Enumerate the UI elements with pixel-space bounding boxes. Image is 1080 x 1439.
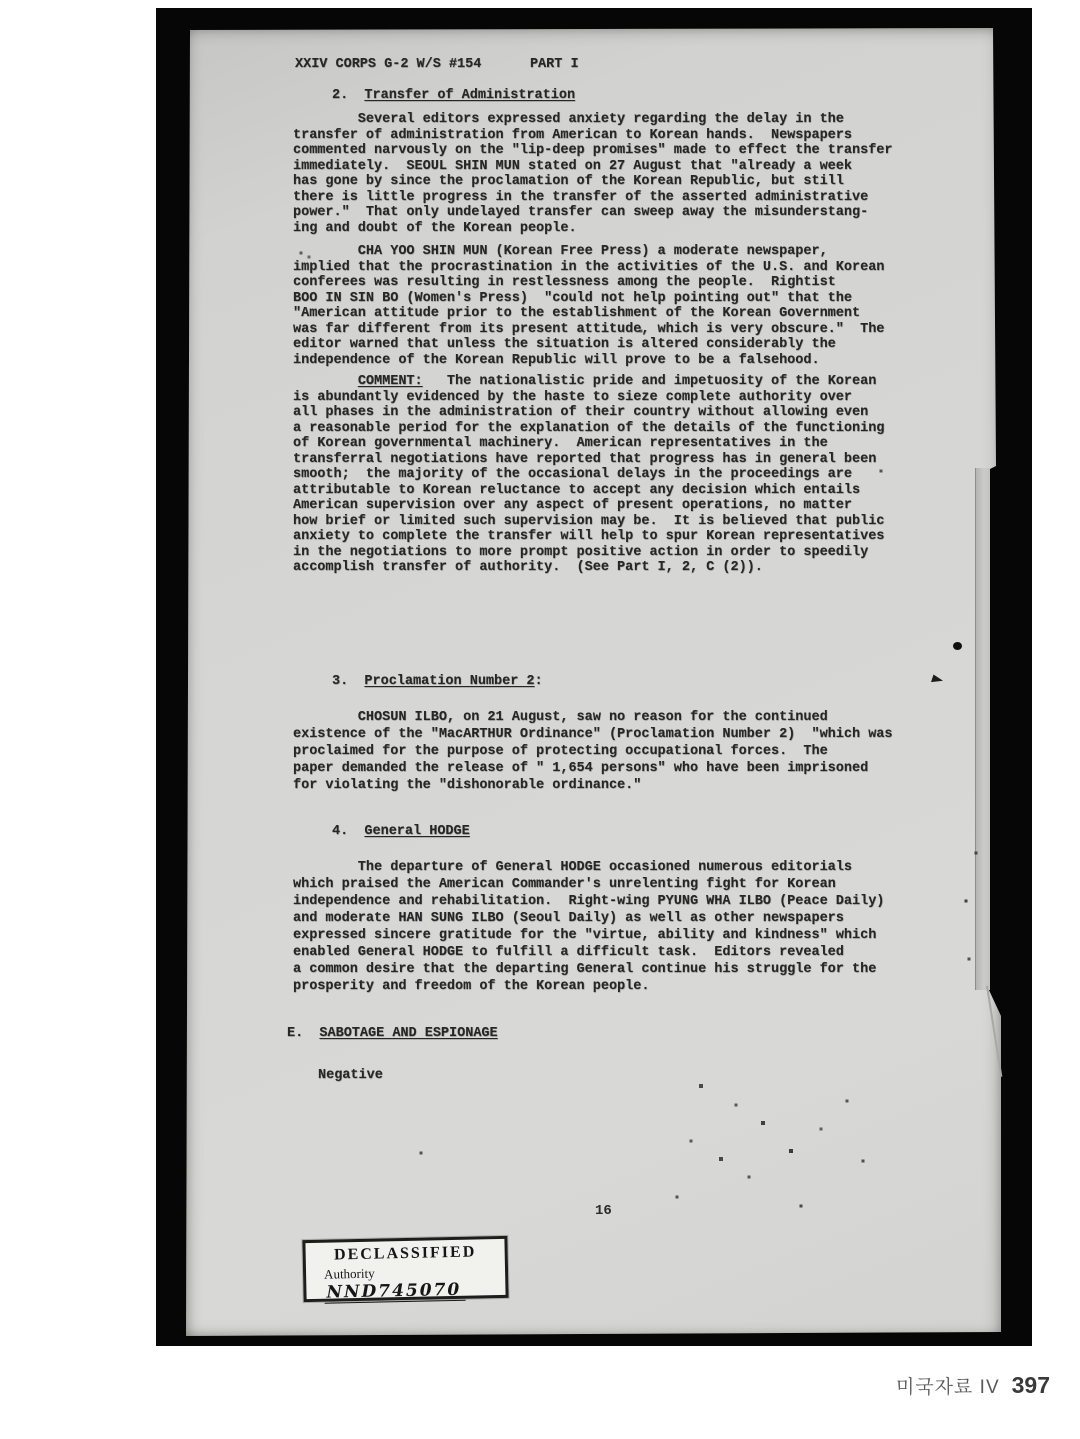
authority-handwritten-number: NND745070 (324, 1280, 465, 1304)
scanned-document-page (186, 26, 1002, 1336)
book-page-number: 397 (1012, 1372, 1050, 1398)
authority-label: Authority (324, 1266, 375, 1282)
declassified-stamp: DECLASSIFIED Authority NND745070 (302, 1236, 508, 1302)
ink-dot-mark (953, 642, 962, 650)
document-page-number: 16 (595, 1203, 612, 1219)
scan-noise-specks (0, 0, 2, 2)
declassified-stamp-title: DECLASSIFIED (306, 1243, 505, 1265)
book-page: { "colors":{"mat":"#060606","paper":"#d4… (0, 0, 1080, 1439)
book-footer: 미국자료 IV397 (830, 1372, 1050, 1399)
book-series-title: 미국자료 IV (896, 1377, 1000, 1398)
declassified-stamp-authority-row: Authority NND745070 (324, 1263, 506, 1303)
page-edge-fold (975, 468, 990, 990)
